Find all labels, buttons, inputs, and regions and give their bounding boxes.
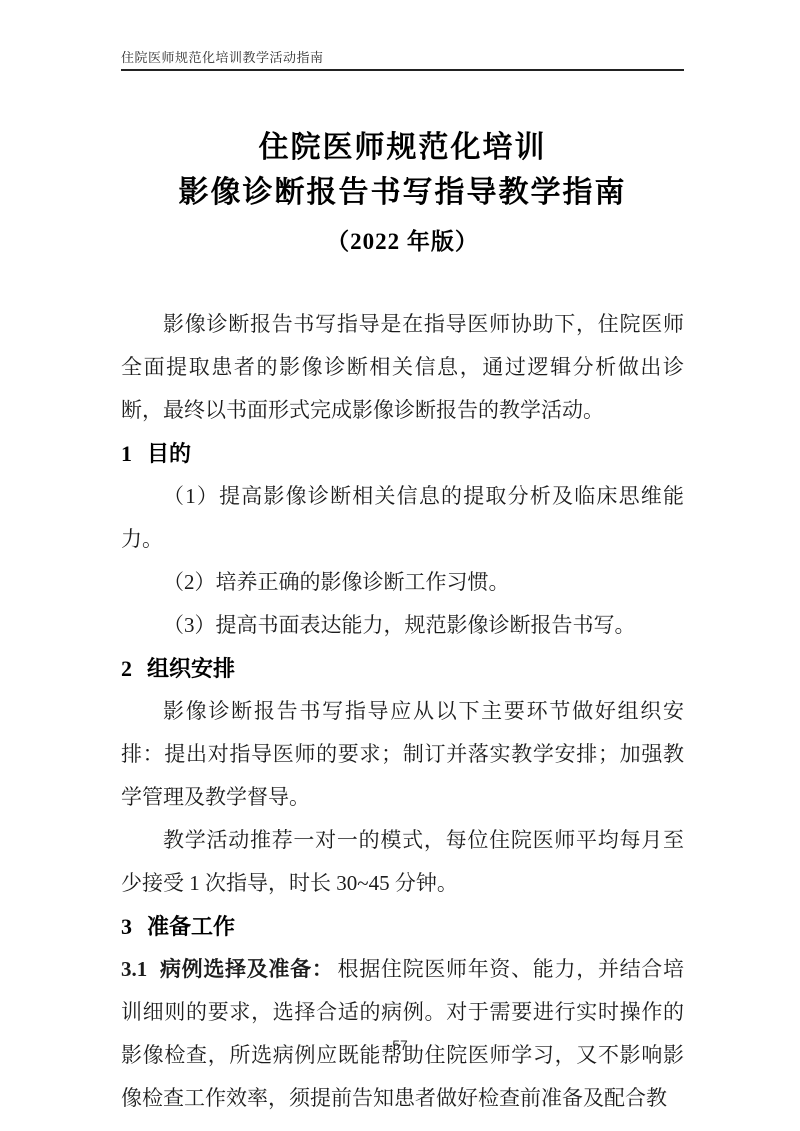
section-label: 组织安排 [147,656,235,681]
section-heading-1: 1目的 [121,432,684,475]
section-2-paragraph-1: 影像诊断报告书写指导应从以下主要环节做好组织安排：提出对指导医师的要求；制订并落… [121,690,684,819]
body-text: 影像诊断报告书写指导是在指导医师协助下，住院医师全面提取患者的影像诊断相关信息，… [121,303,684,1120]
section-heading-2: 2组织安排 [121,647,684,690]
page-number: 57 [0,1037,800,1053]
section-heading-3: 3准备工作 [121,905,684,948]
header-rule [121,69,684,71]
list-item-1: （1）提高影像诊断相关信息的提取分析及临床思维能力。 [121,475,684,561]
section-number: 2 [121,656,132,681]
subsection-number: 3.1 [121,957,147,981]
list-item-3: （3）提高书面表达能力，规范影像诊断报告书写。 [121,604,684,647]
intro-paragraph: 影像诊断报告书写指导是在指导医师协助下，住院医师全面提取患者的影像诊断相关信息，… [121,303,684,432]
section-label: 准备工作 [147,914,235,939]
document-title: 住院医师规范化培训 影像诊断报告书写指导教学指南 （2022 年版） [121,125,684,257]
running-header: 住院医师规范化培训教学活动指南 [121,0,684,71]
subsection-lead: 病例选择及准备： [159,957,333,981]
section-label: 目的 [147,441,191,466]
title-line-1: 住院医师规范化培训 [121,125,684,170]
running-header-text: 住院医师规范化培训教学活动指南 [121,49,684,66]
document-page: 住院医师规范化培训教学活动指南 住院医师规范化培训 影像诊断报告书写指导教学指南… [0,0,800,1131]
content-column: 住院医师规范化培训教学活动指南 住院医师规范化培训 影像诊断报告书写指导教学指南… [121,0,684,1120]
section-2-paragraph-2: 教学活动推荐一对一的模式，每位住院医师平均每月至少接受 1 次指导，时长 30~… [121,819,684,905]
section-number: 3 [121,914,132,939]
title-line-2: 影像诊断报告书写指导教学指南 [121,170,684,215]
list-item-2: （2）培养正确的影像诊断工作习惯。 [121,561,684,604]
section-number: 1 [121,441,132,466]
title-edition: （2022 年版） [121,227,684,257]
subsection-3-1-paragraph: 3.1病例选择及准备：根据住院医师年资、能力，并结合培训细则的要求，选择合适的病… [121,948,684,1120]
